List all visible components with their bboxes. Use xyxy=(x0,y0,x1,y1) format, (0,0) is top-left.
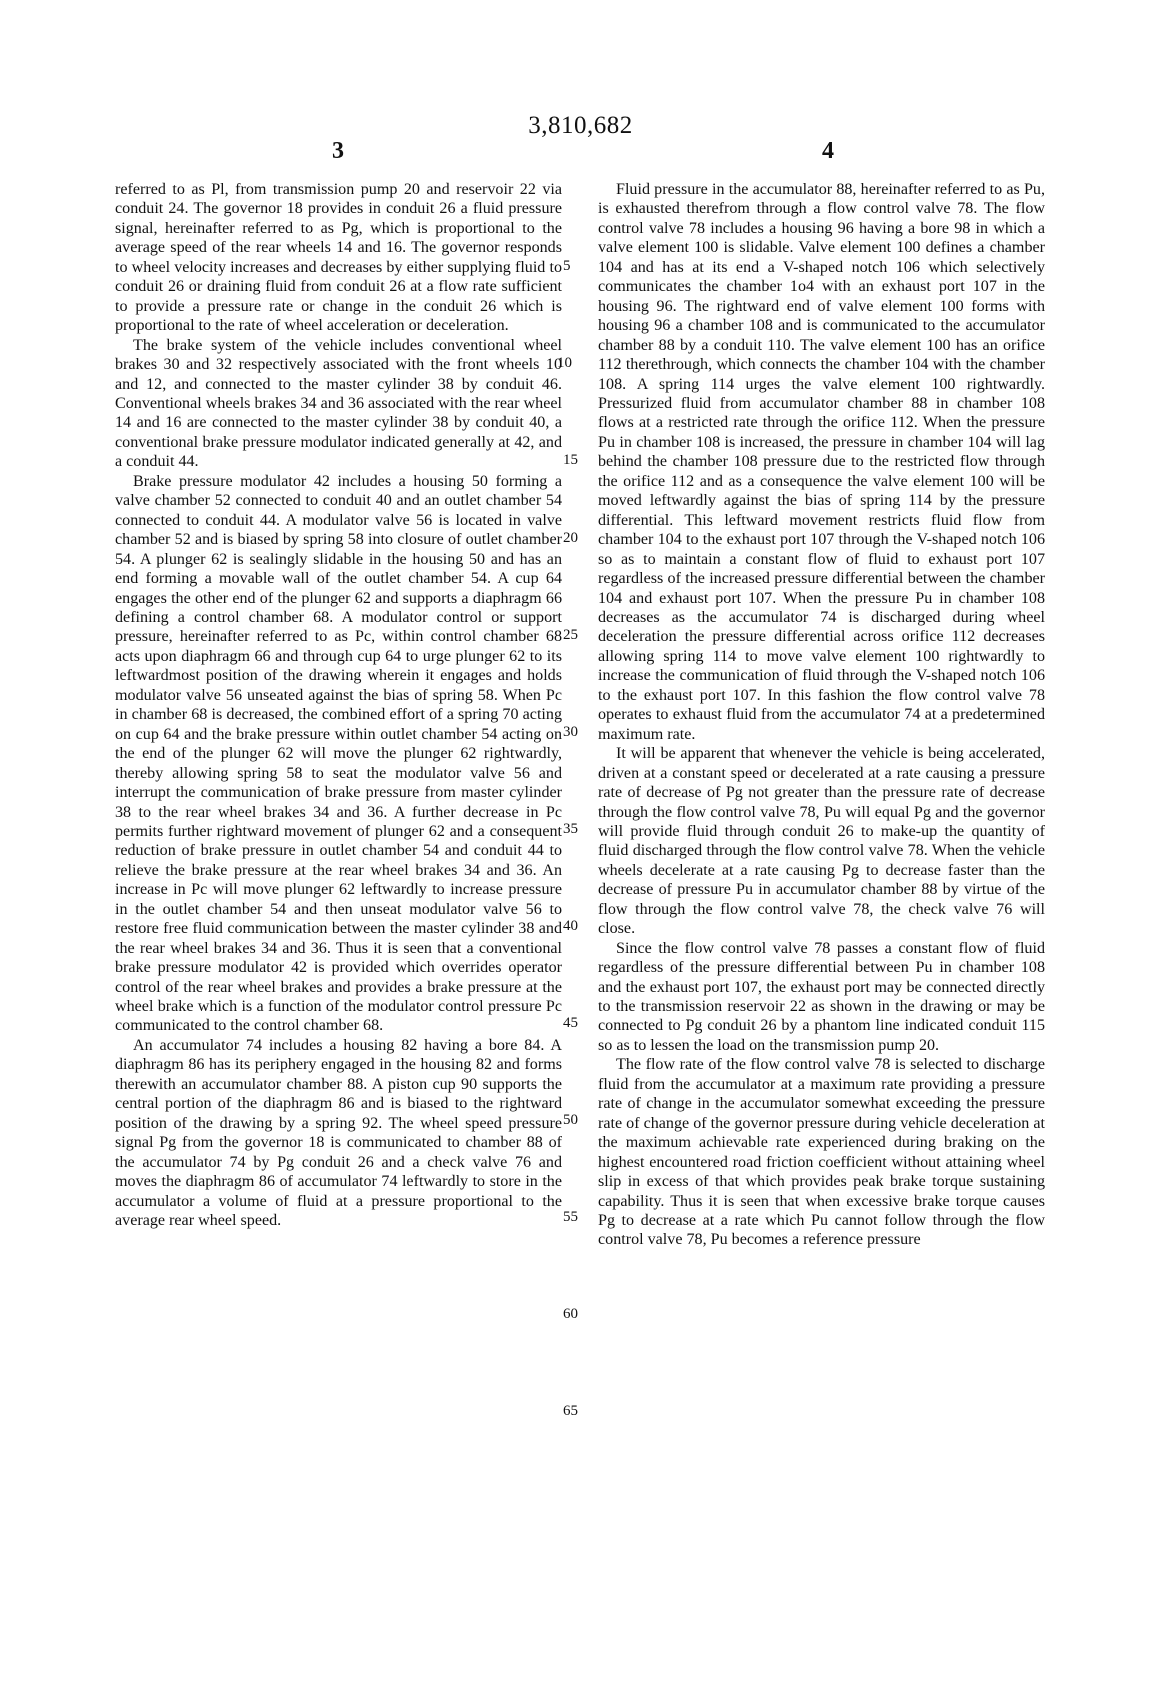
line-number: 55 xyxy=(563,1209,578,1226)
paragraph: An accumulator 74 includes a housing 82 … xyxy=(115,1036,562,1231)
left-column-number: 3 xyxy=(332,138,344,165)
line-number: 40 xyxy=(563,918,578,935)
line-number: 30 xyxy=(563,724,578,741)
line-number: 5 xyxy=(563,258,571,275)
patent-number: 3,810,682 xyxy=(0,112,1161,140)
paragraph: referred to as Pl, from transmission pum… xyxy=(115,180,562,336)
line-number: 50 xyxy=(563,1112,578,1129)
paragraph: Brake pressure modulator 42 includes a h… xyxy=(115,472,562,1036)
line-number: 65 xyxy=(563,1403,578,1420)
line-number: 15 xyxy=(563,452,578,469)
line-number: 25 xyxy=(563,627,578,644)
right-column: Fluid pressure in the accumulator 88, he… xyxy=(598,180,1045,1250)
left-column: referred to as Pl, from transmission pum… xyxy=(115,180,562,1230)
paragraph: Fluid pressure in the accumulator 88, he… xyxy=(598,180,1045,744)
paragraph: The flow rate of the flow control valve … xyxy=(598,1055,1045,1250)
line-number: 10 xyxy=(557,355,572,372)
line-number: 20 xyxy=(563,530,578,547)
line-number: 45 xyxy=(563,1015,578,1032)
paragraph: Since the flow control valve 78 passes a… xyxy=(598,939,1045,1056)
paragraph: It will be apparent that whenever the ve… xyxy=(598,744,1045,939)
line-number: 35 xyxy=(563,821,578,838)
paragraph: The brake system of the vehicle includes… xyxy=(115,336,562,472)
right-column-number: 4 xyxy=(822,138,834,165)
line-number: 60 xyxy=(563,1306,578,1323)
